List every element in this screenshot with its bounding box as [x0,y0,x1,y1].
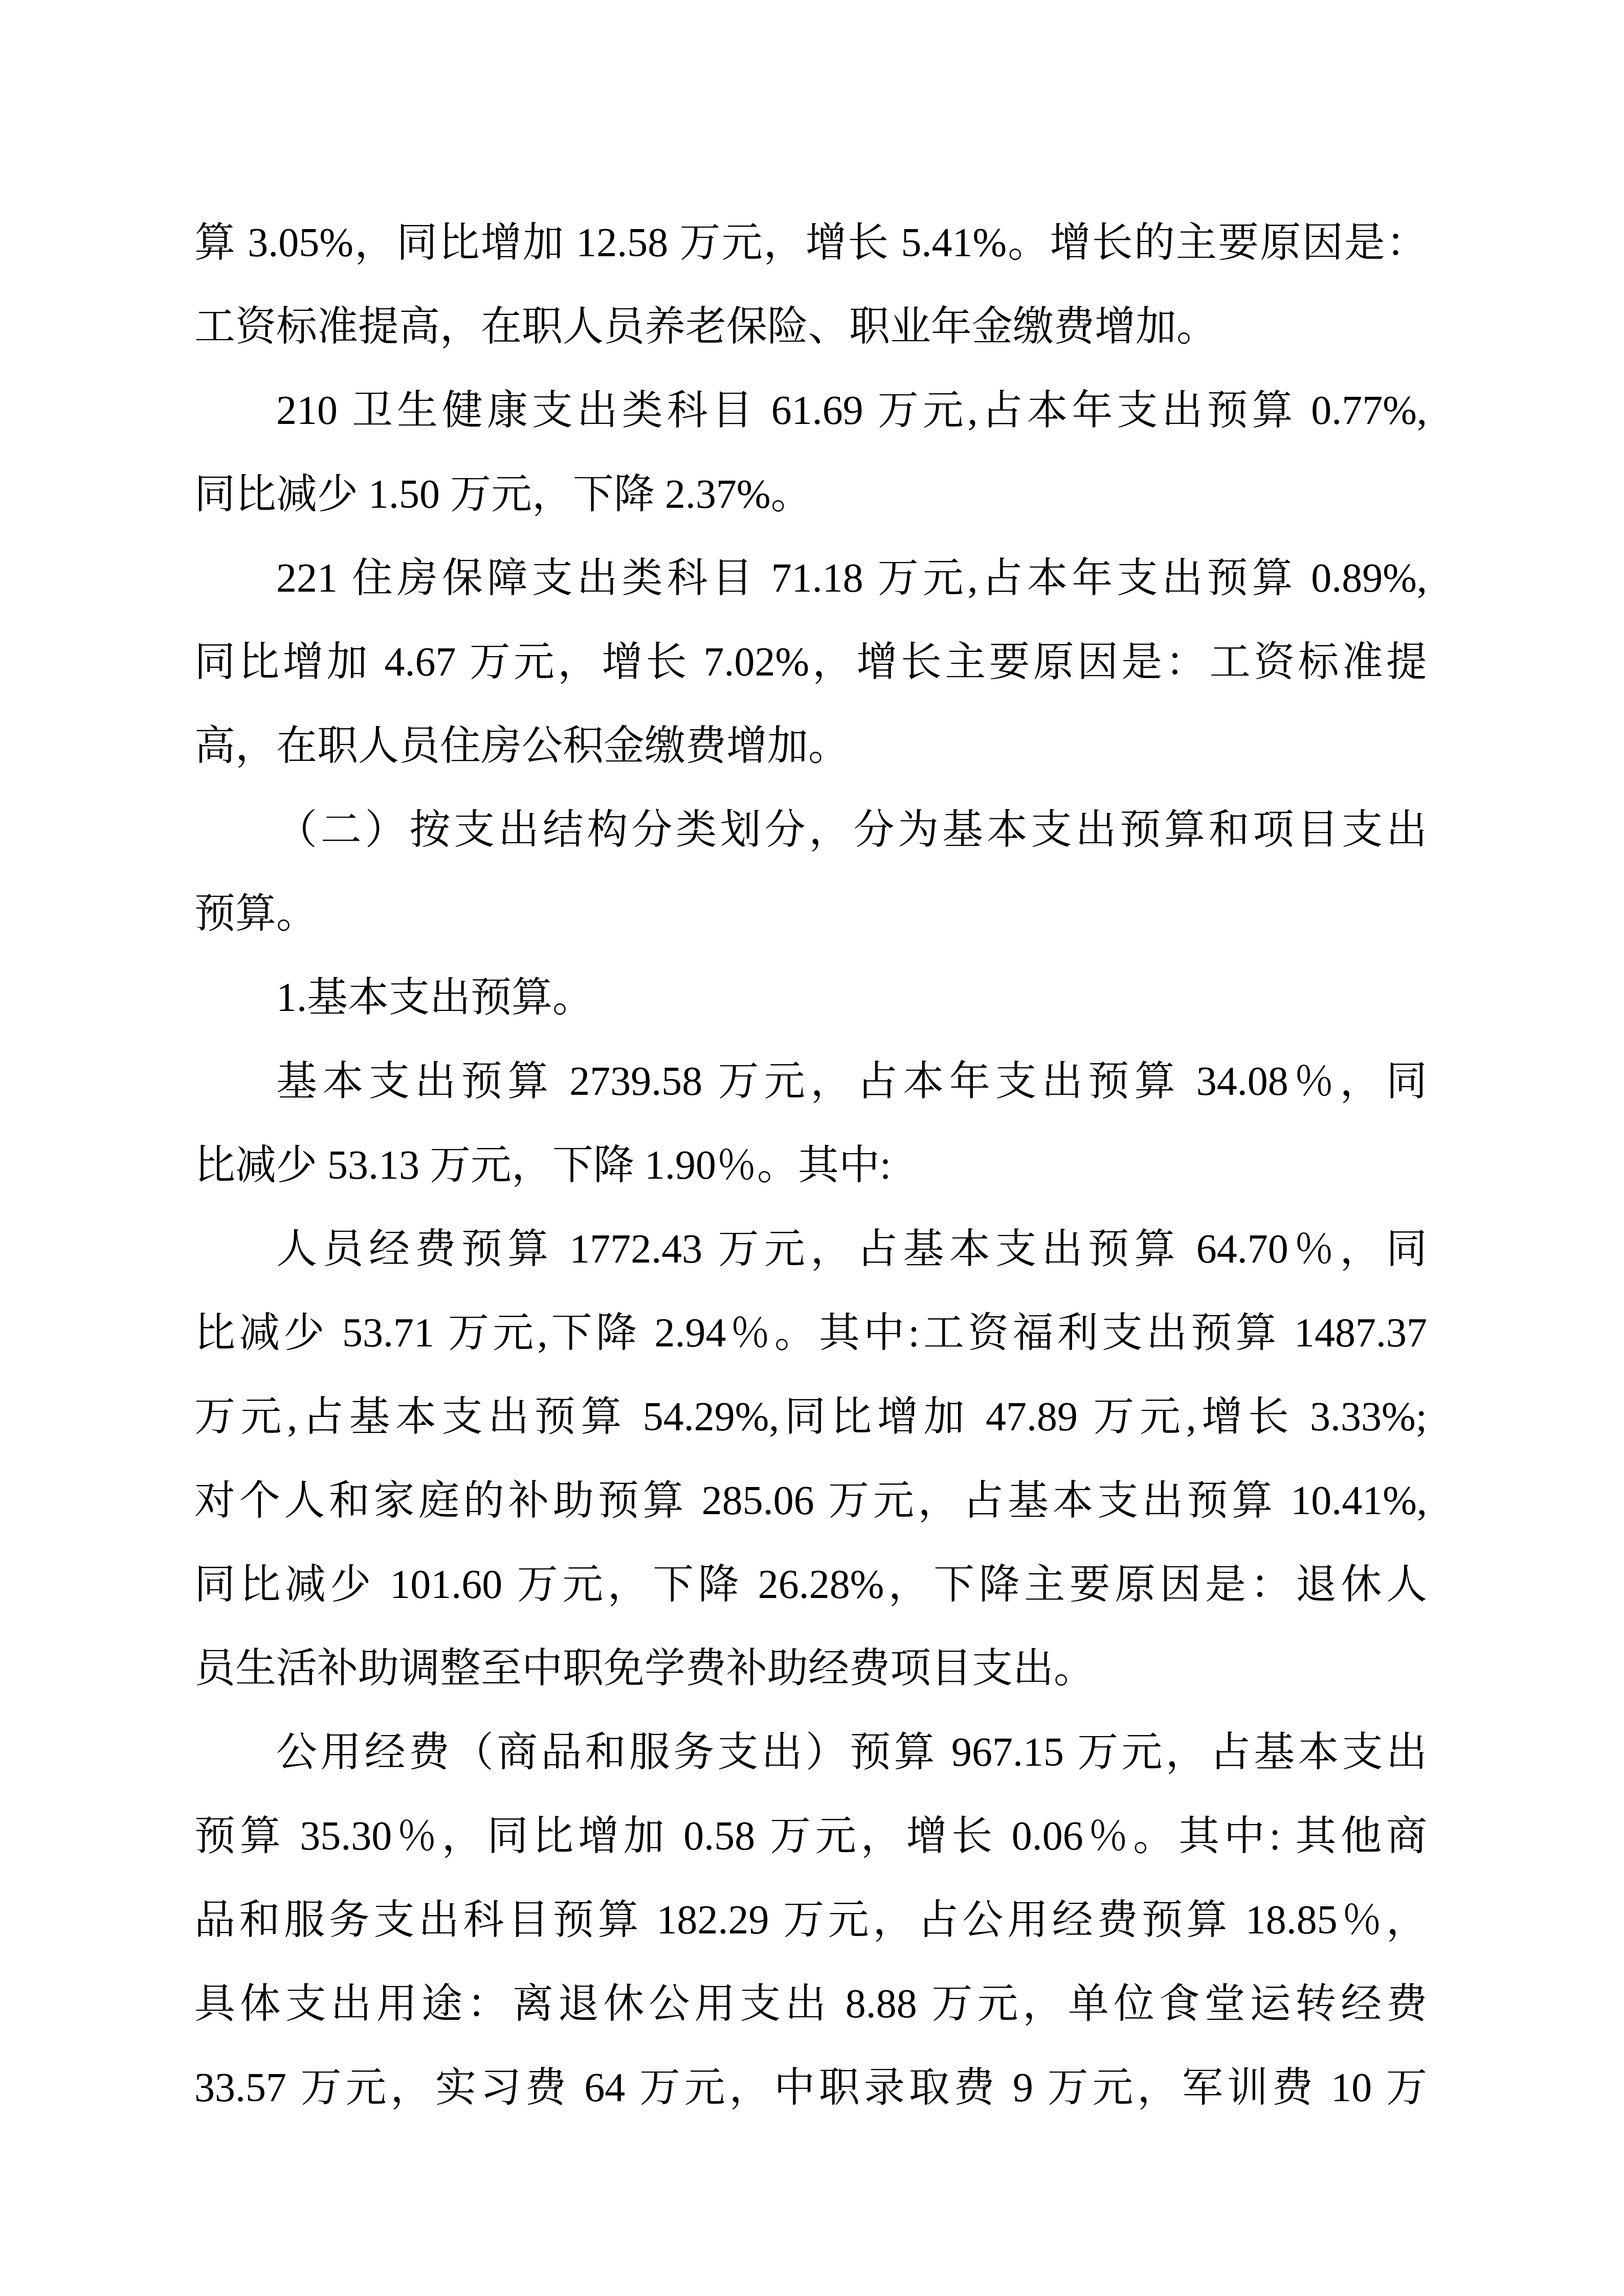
text-line: 品和服务支出科目预算 182.29 万元，占公用经费预算 18.85％， [194,1878,1427,1962]
text-line: 预算。 [194,872,1427,956]
document-text-block: 算 3.05%，同比增加 12.58 万元，增长 5.41%。增长的主要原因是：… [0,0,1624,2130]
text-line: 具体支出用途：离退休公用支出 8.88 万元，单位食堂运转经费 [194,1962,1427,2046]
text-line: 员生活补助调整至中职免学费补助经费项目支出。 [194,1627,1427,1710]
text-line: （二）按支出结构分类划分，分为基本支出预算和项目支出 [194,788,1427,872]
text-line: 工资标准提高，在职人员养老保险、职业年金缴费增加。 [194,285,1427,369]
text-line: 对个人和家庭的补助预算 285.06 万元，占基本支出预算 10.41%, [194,1459,1427,1543]
text-line: 210 卫生健康支出类科目 61.69 万元,占本年支出预算 0.77%, [194,369,1427,453]
text-line: 同比减少 1.50 万元，下降 2.37%。 [194,453,1427,536]
text-line: 221 住房保障支出类科目 71.18 万元,占本年支出预算 0.89%, [194,536,1427,620]
text-line: 同比增加 4.67 万元，增长 7.02%，增长主要原因是：工资标准提 [194,620,1427,704]
text-line: 算 3.05%，同比增加 12.58 万元，增长 5.41%。增长的主要原因是： [194,201,1427,285]
text-line: 预算 35.30％，同比增加 0.58 万元，增长 0.06％。其中: 其他商 [194,1794,1427,1878]
text-line: 人员经费预算 1772.43 万元，占基本支出预算 64.70％，同 [194,1207,1427,1291]
document-page: 算 3.05%，同比增加 12.58 万元，增长 5.41%。增长的主要原因是：… [0,0,1624,2296]
text-line: 比减少 53.71 万元,下降 2.94％。其中:工资福利支出预算 1487.3… [194,1291,1427,1375]
text-line: 高，在职人员住房公积金缴费增加。 [194,704,1427,788]
text-line: 公用经费（商品和服务支出）预算 967.15 万元，占基本支出 [194,1710,1427,1794]
text-line: 比减少 53.13 万元，下降 1.90％。其中: [194,1123,1427,1207]
text-line: 33.57 万元，实习费 64 万元，中职录取费 9 万元，军训费 10 万 [194,2046,1427,2130]
text-line: 基本支出预算 2739.58 万元，占本年支出预算 34.08％，同 [194,1040,1427,1123]
text-line: 1.基本支出预算。 [194,956,1427,1040]
text-line: 同比减少 101.60 万元，下降 26.28%，下降主要原因是：退休人 [194,1543,1427,1627]
text-line: 万元,占基本支出预算 54.29%,同比增加 47.89 万元,增长 3.33%… [194,1375,1427,1459]
